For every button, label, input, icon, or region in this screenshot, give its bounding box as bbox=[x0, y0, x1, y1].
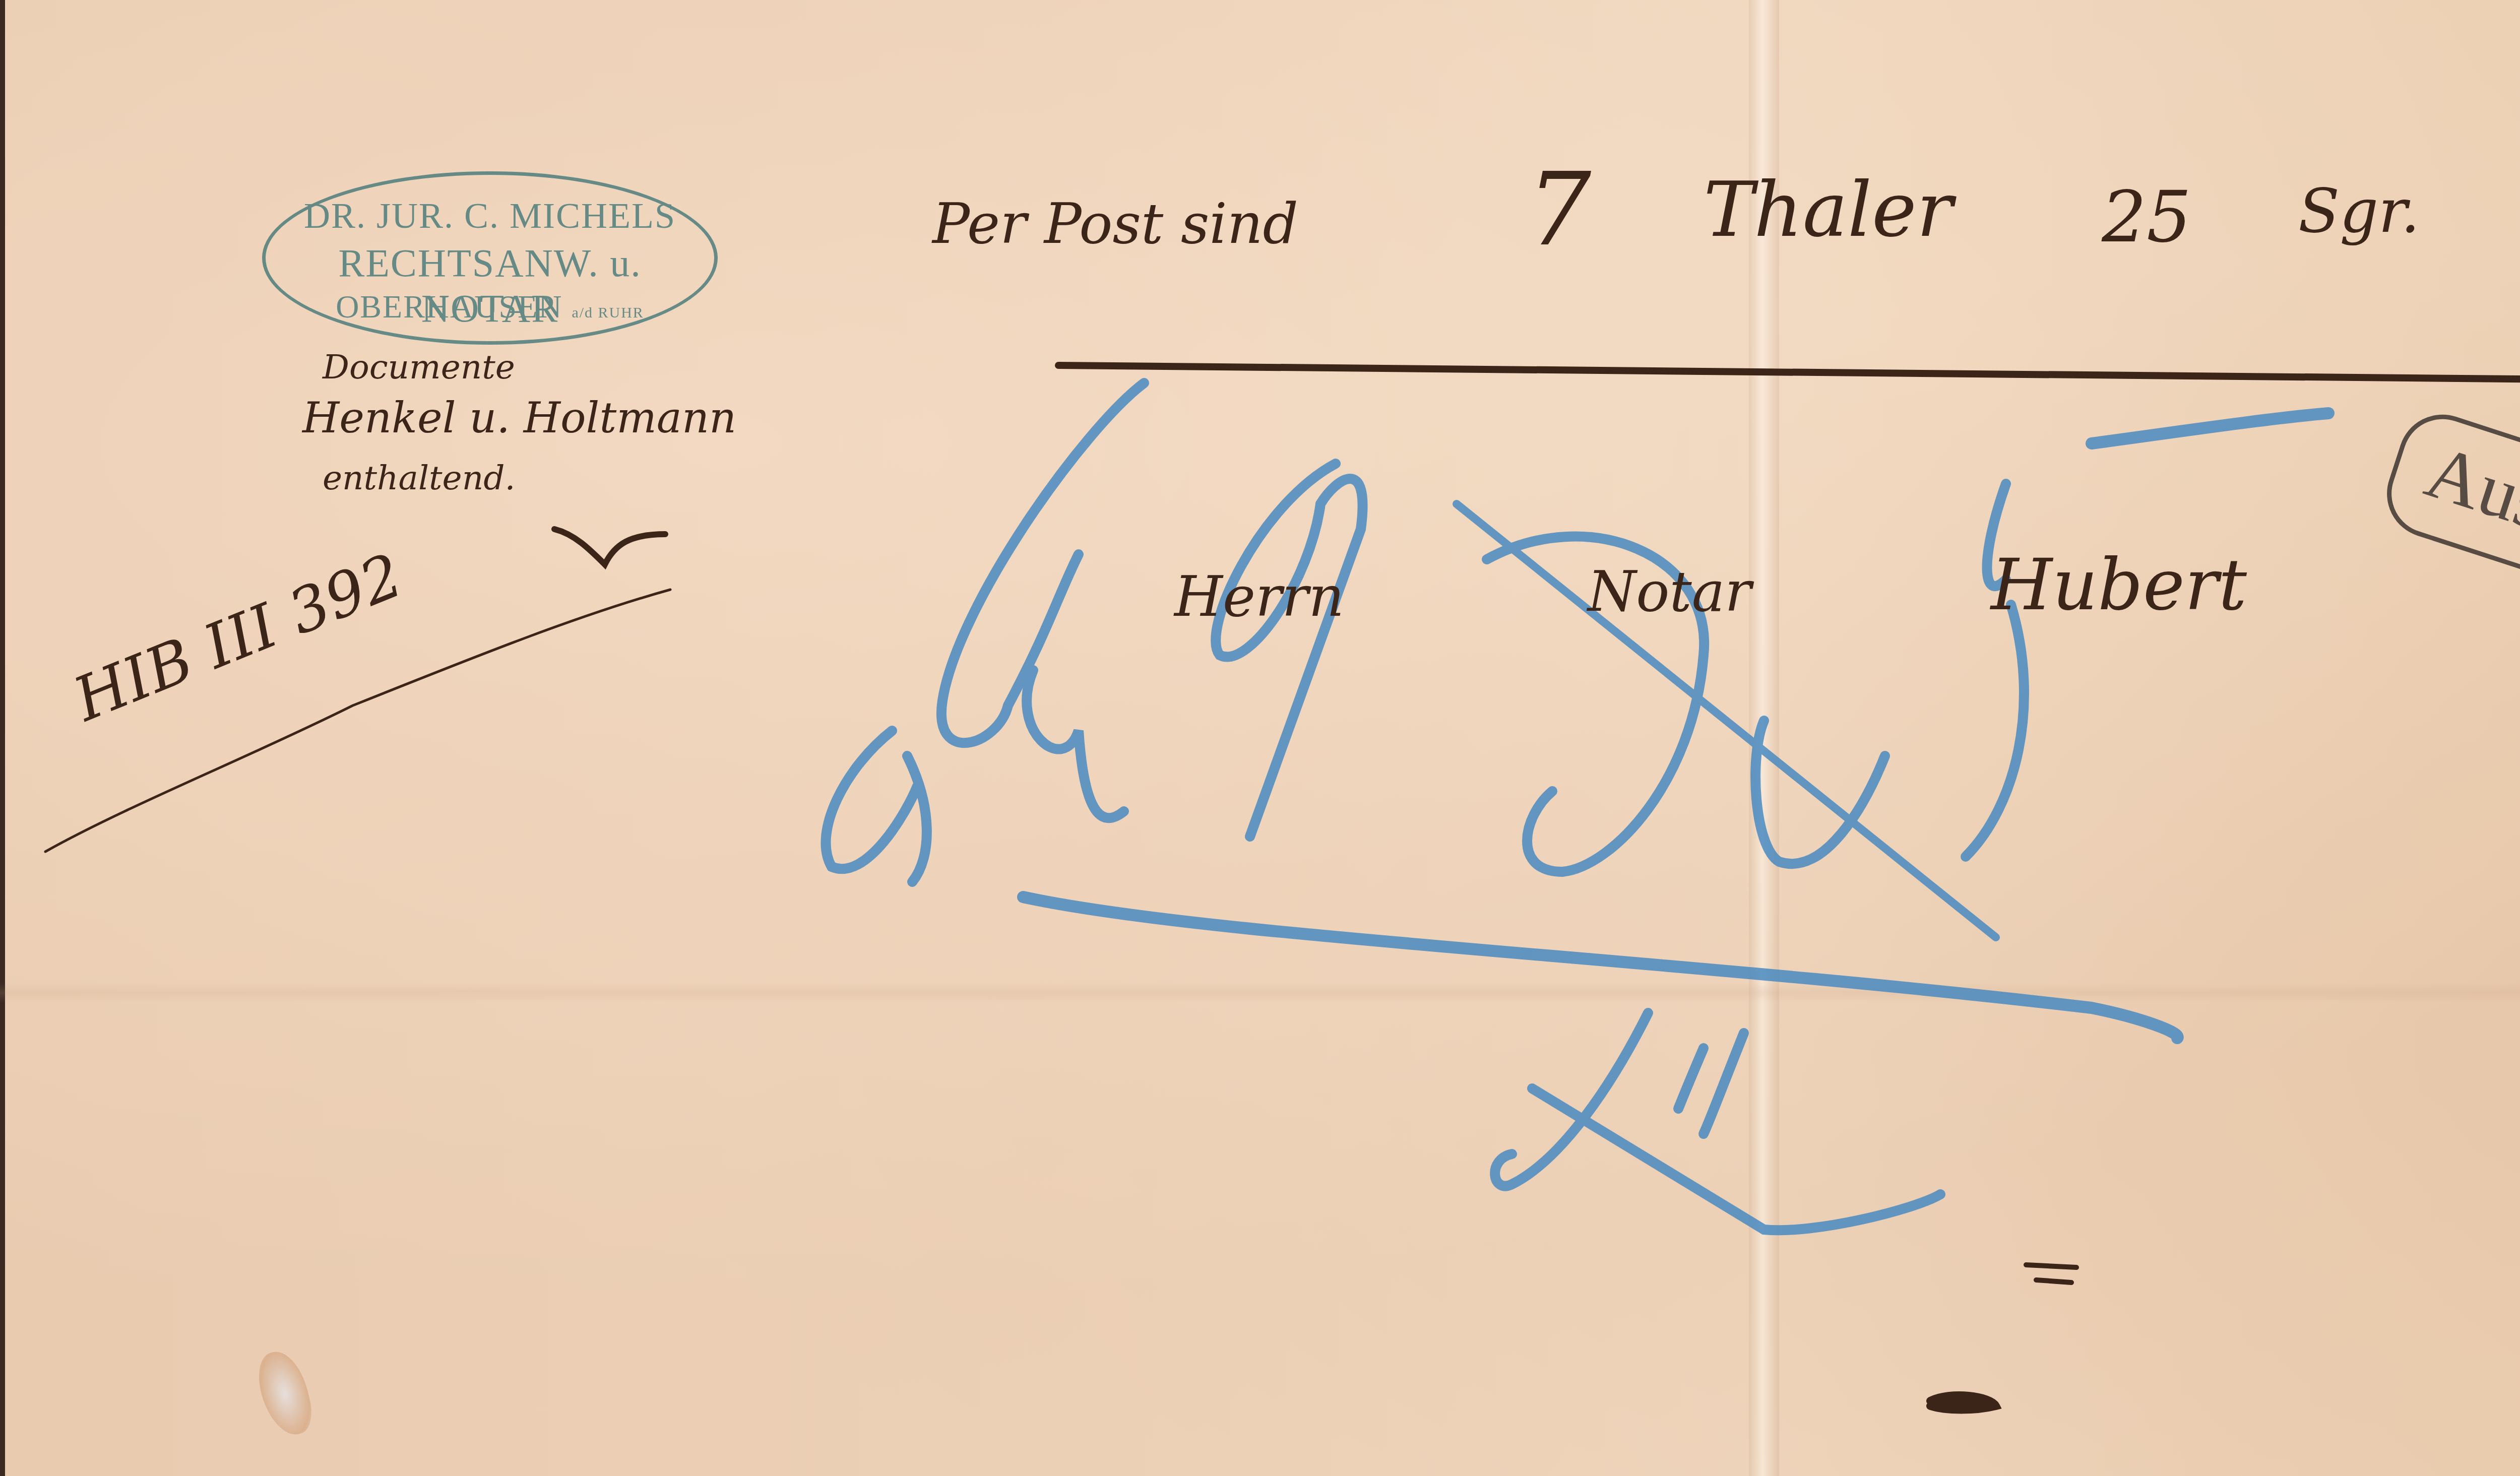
divider-line bbox=[1058, 365, 2520, 387]
tally-marks bbox=[2026, 1265, 2076, 1282]
address-salutation: Herrn bbox=[1174, 564, 1344, 629]
file-ref-underline bbox=[45, 590, 670, 852]
address-name: Hubert bbox=[1991, 544, 2247, 626]
flourish-mark bbox=[554, 529, 665, 564]
ink-blot bbox=[1930, 1395, 1996, 1409]
ink-strokes bbox=[0, 0, 2520, 1476]
address-title: Notar bbox=[1588, 559, 1751, 624]
